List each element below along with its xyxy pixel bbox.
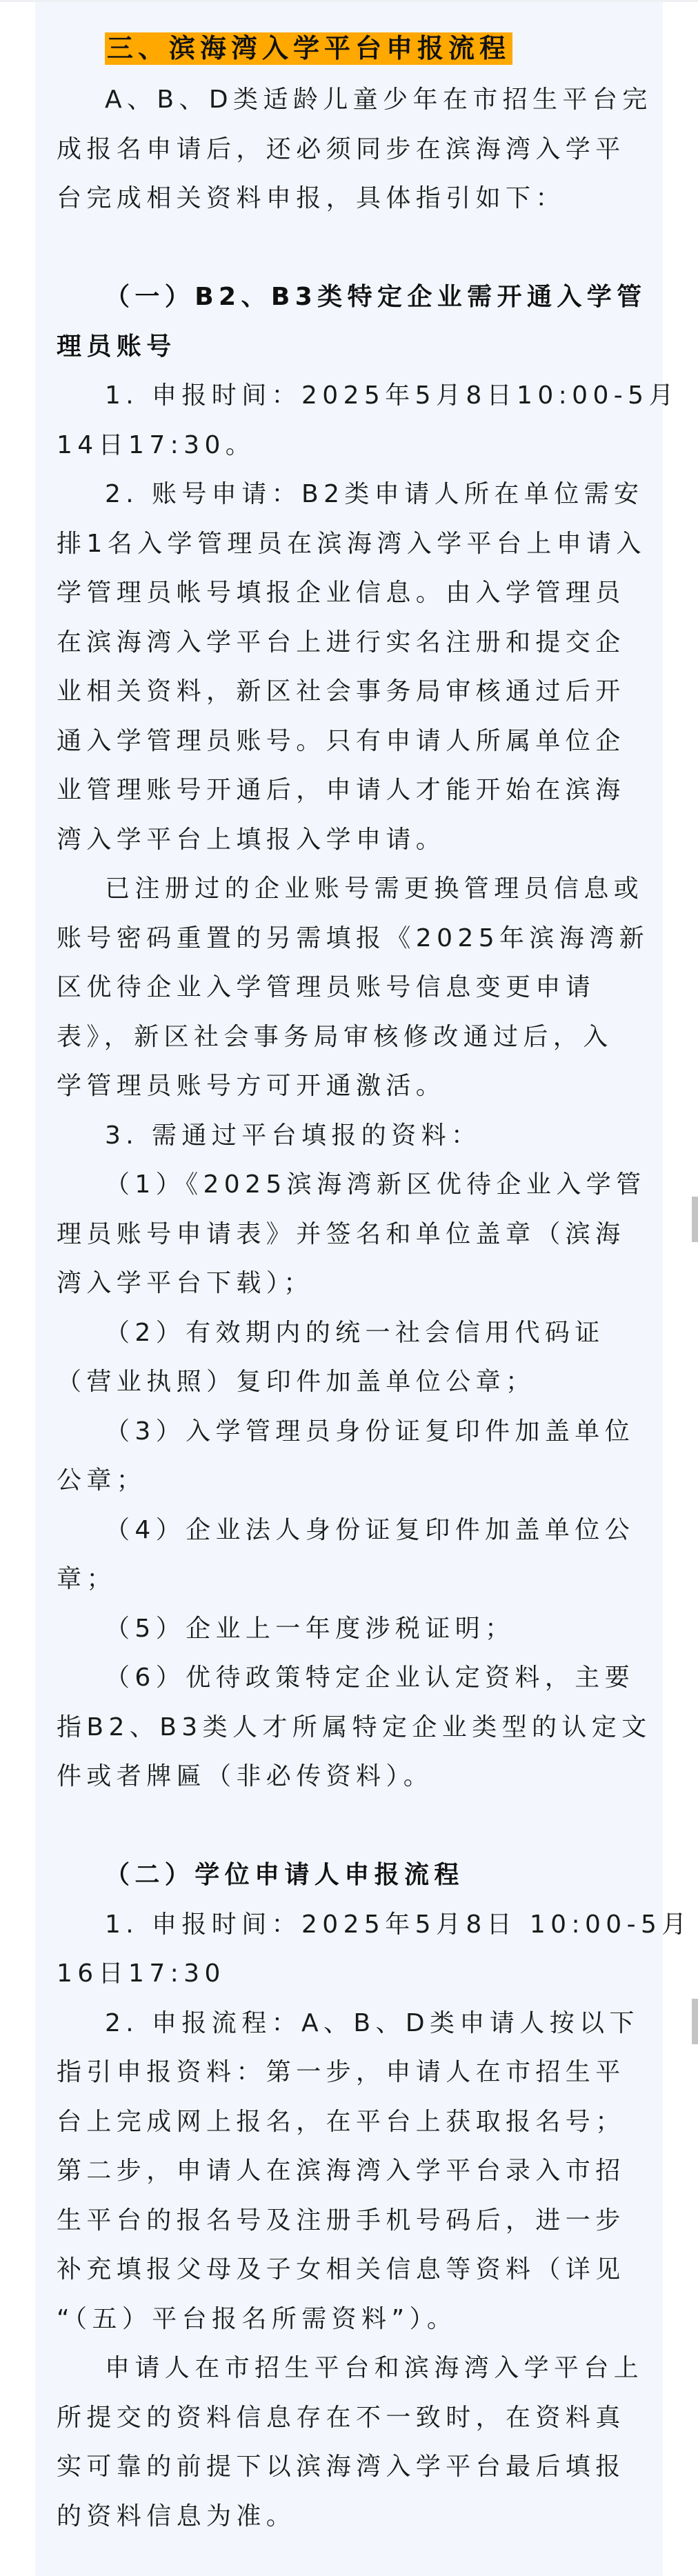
material-item-6: （6）优待政策特定企业认定资料，主要 指B2、B3类人才所属特定企业类型的认定文… — [57, 1653, 650, 1801]
text-line: 件或者牌匾（非必传资料）。 — [57, 1752, 650, 1801]
material-item-1: （1）《2025滨海湾新区优待企业入学管 理员账号申请表》并签名和单位盖章（滨海… — [57, 1160, 650, 1308]
text-line: 3. 需通过平台填报的资料： — [57, 1111, 650, 1161]
spacer — [57, 223, 650, 273]
subsection-2-title: （二）学位申请人申报流程 — [57, 1850, 650, 1900]
text-line: （3）入学管理员身份证复印件加盖单位 — [57, 1407, 650, 1457]
text-line: 已注册过的企业账号需更换管理员信息或 — [57, 864, 650, 914]
text-line: 1. 申报时间：2025年5月8日10:00-5月 — [57, 371, 650, 421]
subsection-1-item-1: 1. 申报时间：2025年5月8日10:00-5月 14日17:30。 — [57, 371, 650, 470]
text-line: 实可靠的前提下以滨海湾入学平台最后填报 — [57, 2442, 650, 2492]
text-line: 账号密码重置的另需填报《2025年滨海湾新 — [57, 914, 650, 963]
text-line: （6）优待政策特定企业认定资料，主要 — [57, 1653, 650, 1703]
text-line: 补充填报父母及子女相关信息等资料（详见 — [57, 2245, 650, 2295]
text-line: 14日17:30。 — [57, 421, 650, 470]
text-line: A、B、D类适龄儿童少年在市招生平台完 — [57, 75, 650, 125]
scrollbar-thumb[interactable] — [692, 1197, 698, 1242]
text-line: 指引申报资料：第一步，申请人在市招生平 — [57, 2048, 650, 2097]
text-line: 业相关资料，新区社会事务局审核通过后开 — [57, 667, 650, 717]
text-line: 成报名申请后，还必须同步在滨海湾入学平 — [57, 125, 650, 174]
subsection-1-note: 已注册过的企业账号需更换管理员信息或 账号密码重置的另需填报《2025年滨海湾新… — [57, 864, 650, 1111]
text-line: 申请人在市招生平台和滨海湾入学平台上 — [57, 2344, 650, 2393]
text-line: 2. 账号申请：B2类申请人所在单位需安 — [57, 470, 650, 519]
material-item-3: （3）入学管理员身份证复印件加盖单位 公章； — [57, 1407, 650, 1506]
text-line: （1）《2025滨海湾新区优待企业入学管 — [57, 1160, 650, 1210]
text-line: 区优待企业入学管理员账号信息变更申请 — [57, 963, 650, 1012]
subheading-line: （二）学位申请人申报流程 — [57, 1850, 650, 1900]
text-line: 的资料信息为准。 — [57, 2492, 650, 2542]
text-line: “（五）平台报名所需资料”）。 — [57, 2295, 650, 2344]
text-line: 公章； — [57, 1456, 650, 1506]
subsection-2-note: 申请人在市招生平台和滨海湾入学平台上 所提交的资料信息存在不一致时，在资料真 实… — [57, 2344, 650, 2541]
text-line: （2）有效期内的统一社会信用代码证 — [57, 1308, 650, 1358]
text-line: 表》，新区社会事务局审核修改通过后，入 — [57, 1012, 650, 1062]
subsection-2-item-1: 1. 申报时间：2025年5月8日 10:00-5月 16日17:30 — [57, 1900, 650, 1999]
material-item-5: （5）企业上一年度涉税证明； — [57, 1604, 650, 1654]
text-line: 在滨海湾入学平台上进行实名注册和提交企 — [57, 618, 650, 668]
text-line: 16日17:30 — [57, 1949, 650, 1999]
text-line: （5）企业上一年度涉税证明； — [57, 1604, 650, 1654]
text-line: 业管理账号开通后，申请人才能开始在滨海 — [57, 766, 650, 815]
text-line: 1. 申报时间：2025年5月8日 10:00-5月 — [57, 1900, 650, 1950]
material-item-4: （4）企业法人身份证复印件加盖单位公 章； — [57, 1506, 650, 1604]
article-content: 三、滨海湾入学平台申报流程 A、B、D类适龄儿童少年在市招生平台完 成报名申请后… — [57, 32, 650, 2541]
text-line: 学管理员帐号填报企业信息。由入学管理员 — [57, 568, 650, 618]
text-line: 台上完成网上报名，在平台上获取报名号； — [57, 2097, 650, 2147]
text-line: 章； — [57, 1555, 650, 1604]
subsection-1-item-3: 3. 需通过平台填报的资料： （1）《2025滨海湾新区优待企业入学管 理员账号… — [57, 1111, 650, 1801]
text-line: 排1名入学管理员在滨海湾入学平台上申请入 — [57, 519, 650, 569]
section-heading: 三、滨海湾入学平台申报流程 — [105, 32, 512, 65]
article-panel: 三、滨海湾入学平台申报流程 A、B、D类适龄儿童少年在市招生平台完 成报名申请后… — [35, 2, 663, 2576]
subsection-1-title: （一）B2、B3类特定企业需开通入学管 理员账号 — [57, 272, 650, 371]
text-line: 第二步，申请人在滨海湾入学平台录入市招 — [57, 2146, 650, 2196]
text-line: 台完成相关资料申报，具体指引如下： — [57, 174, 650, 223]
scrollbar-thumb[interactable] — [692, 1999, 698, 2044]
text-line: 学管理员账号方可开通激活。 — [57, 1061, 650, 1111]
text-line: 2. 申报流程：A、B、D类申请人按以下 — [57, 1999, 650, 2048]
text-line: 湾入学平台下载）； — [57, 1259, 650, 1308]
intro-paragraph: A、B、D类适龄儿童少年在市招生平台完 成报名申请后，还必须同步在滨海湾入学平 … — [57, 75, 650, 223]
spacer — [57, 1801, 650, 1851]
subheading-line: 理员账号 — [57, 322, 650, 372]
subsection-1-item-2: 2. 账号申请：B2类申请人所在单位需安 排1名入学管理员在滨海湾入学平台上申请… — [57, 470, 650, 864]
text-line: 通入学管理员账号。只有申请人所属单位企 — [57, 717, 650, 766]
text-line: 所提交的资料信息存在不一致时，在资料真 — [57, 2393, 650, 2443]
subheading-line: （一）B2、B3类特定企业需开通入学管 — [57, 272, 650, 322]
text-line: 湾入学平台上填报入学申请。 — [57, 815, 650, 865]
text-line: （营业执照）复印件加盖单位公章； — [57, 1357, 650, 1407]
text-line: 指B2、B3类人才所属特定企业类型的认定文 — [57, 1703, 650, 1753]
text-line: 理员账号申请表》并签名和单位盖章（滨海 — [57, 1210, 650, 1259]
text-line: （4）企业法人身份证复印件加盖单位公 — [57, 1506, 650, 1555]
text-line: 生平台的报名号及注册手机号码后，进一步 — [57, 2196, 650, 2246]
subsection-2-item-2: 2. 申报流程：A、B、D类申请人按以下 指引申报资料：第一步，申请人在市招生平… — [57, 1999, 650, 2344]
material-item-2: （2）有效期内的统一社会信用代码证 （营业执照）复印件加盖单位公章； — [57, 1308, 650, 1407]
